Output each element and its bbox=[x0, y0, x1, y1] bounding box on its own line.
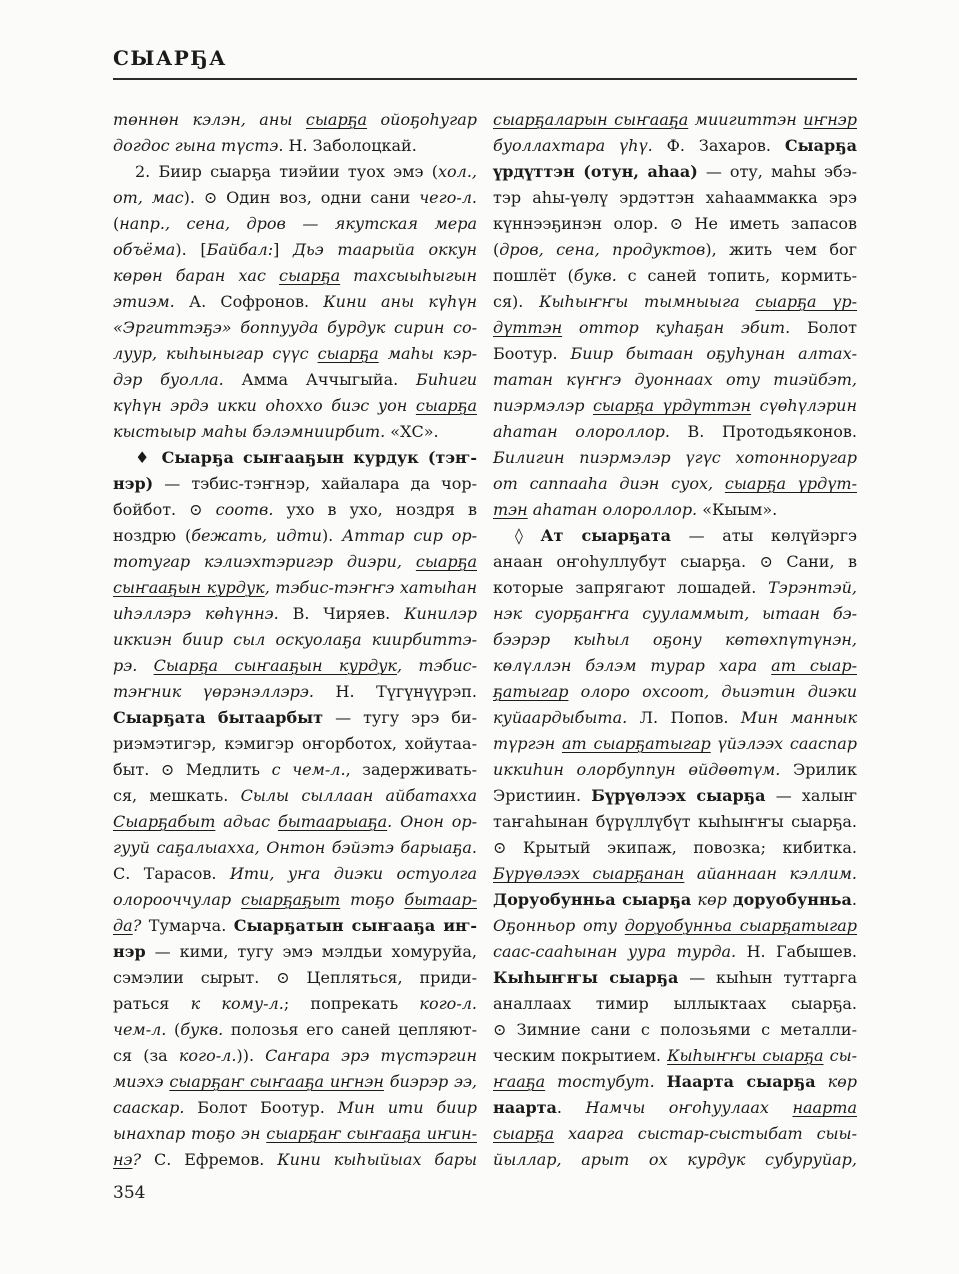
text-line: түргэн ат сыарҕатыгар үйэлээх сааспар bbox=[493, 731, 857, 757]
text-line: Билигин пиэрмэлэр үгүс хотонноругар bbox=[493, 445, 857, 471]
text-line: дүттэн оттор куһаҕан эбит. Болот bbox=[493, 315, 857, 341]
text-line: нэ? С. Ефремов. Кини кыһыйыах бары bbox=[113, 1147, 477, 1173]
text-line: ♦ Сыарҕа сыҥааҕын курдук (тэҥ- bbox=[113, 445, 477, 471]
running-head: СЫАРҔА bbox=[113, 46, 857, 70]
text-line: төннөн кэлэн, аны сыарҕа ойоҕоһугар bbox=[113, 107, 477, 133]
text-line: иккиэн биир сыл оскуолаҕа киирбиттэ- bbox=[113, 627, 477, 653]
text-line: «Эргиттэҕэ» боппууда бурдук сирин со- bbox=[113, 315, 477, 341]
text-line: которые запрягают лошадей. Тэрэнтэй, bbox=[493, 575, 857, 601]
text-line: көрөн баран хас сыарҕа тахсыыһыгын bbox=[113, 263, 477, 289]
text-line: кыстыыр маһы бэлэмниирбит. «ХС». bbox=[113, 419, 477, 445]
text-line: (напр., сена, дров — якутская мера bbox=[113, 211, 477, 237]
text-line: (дров, сена, продуктов), жить чем бог bbox=[493, 237, 857, 263]
text-line: ся). Кыһыҥҥы тымныыга сыарҕа үр- bbox=[493, 289, 857, 315]
text-line: тотугар кэлиэхтэригэр диэри, сыарҕа bbox=[113, 549, 477, 575]
text-line: сыарҕа хаарга сыстар-сыстыбат сыы- bbox=[493, 1121, 857, 1147]
text-line: С. Тарасов. Ити, уҥа диэки остуолга bbox=[113, 861, 477, 887]
text-line: Сыарҕабыт адьас бытаарыаҕа. Онон ор- bbox=[113, 809, 477, 835]
text-line: нэк суорҕаҥҥа сууламмыт, ытаан бэ- bbox=[493, 601, 857, 627]
text-line: нэр) — тэбис-тэҥнэр, хайалара да чор- bbox=[113, 471, 477, 497]
dictionary-page: СЫАРҔА төннөн кэлэн, аны сыарҕа ойоҕоһуг… bbox=[113, 46, 857, 1203]
text-line: бээрэр кыһыл оҕону көтөхпүтүнэн, bbox=[493, 627, 857, 653]
text-line: татан күҥҥэ дуоннаах оту тиэйбэт, bbox=[493, 367, 857, 393]
text-line: куйаардыбыта. Л. Попов. Мин маннык bbox=[493, 705, 857, 731]
text-line: тэр аһы-үөлү эрдэттэн хаһааммакка эрэ bbox=[493, 185, 857, 211]
text-line: ҕатыгар олоро охсоот, дьиэтин диэки bbox=[493, 679, 857, 705]
text-line: Кыһыҥҥы сыарҕа — кыһын туттарга bbox=[493, 965, 857, 991]
text-line: Доруобунньа сыарҕа көр доруобунньа. bbox=[493, 887, 857, 913]
left-column: төннөн кэлэн, аны сыарҕа ойоҕоһугардогдо… bbox=[113, 107, 477, 1173]
text-line: көлүллэн бэлэм турар хара ат сыар- bbox=[493, 653, 857, 679]
text-line: ческим покрытием. Кыһыҥҥы сыарҕа сы- bbox=[493, 1043, 857, 1069]
text-line: ноздрю (бежать, идти). Аттар сир ор- bbox=[113, 523, 477, 549]
text-line: быт. ⊙ Медлить с чем-л., задерживать- bbox=[113, 757, 477, 783]
text-line: наарта. Намчы оҥоһуулаах наарта bbox=[493, 1095, 857, 1121]
text-line: Боотур. Биир бытаан оҕуһунан алтах- bbox=[493, 341, 857, 367]
text-line: ся (за кого-л.)). Саҥара эрэ түстэргин bbox=[113, 1043, 477, 1069]
text-line: Сыарҕата бытаарбыт — тугу эрэ би- bbox=[113, 705, 477, 731]
text-line: от саппааһа диэн суох, сыарҕа үрдүт- bbox=[493, 471, 857, 497]
text-line: рэ. Сыарҕа сыҥааҕын курдук, тэбис- bbox=[113, 653, 477, 679]
text-line: аналлаах тимир ыллыктаах сыарҕа. bbox=[493, 991, 857, 1017]
text-line: гууй саҕалыахха, Онтон бэйэтэ барыаҕа. bbox=[113, 835, 477, 861]
text-line: пиэрмэлэр сыарҕа үрдүттэн сүөһүлэрин bbox=[493, 393, 857, 419]
text-line: таҥаһынан бүрүллүбүт кыһыҥҥы сыарҕа. bbox=[493, 809, 857, 835]
header-rule bbox=[113, 78, 857, 80]
right-column: сыарҕаларын сыҥааҕа миигиттэн иҥнэрбуолл… bbox=[493, 107, 857, 1173]
text-line: дэр буолла. Амма Аччыгыйа. Биһиги bbox=[113, 367, 477, 393]
text-line: ⊙ Зимние сани с полозьями с металли- bbox=[493, 1017, 857, 1043]
text-line: тэн аһатан олороллор. «Кыым». bbox=[493, 497, 857, 523]
text-line: от, мас). ⊙ Один воз, одни сани чего-л. bbox=[113, 185, 477, 211]
text-line: Бүрүөлээх сыарҕанан айаннаан кэллим. bbox=[493, 861, 857, 887]
text-line: ынахпар тоҕо эн сыарҕаҥ сыҥааҕа иҥин- bbox=[113, 1121, 477, 1147]
text-line: риэмэтигэр, кэмигэр оҥорботох, хойутаа- bbox=[113, 731, 477, 757]
text-line: саас-сааһынан уура турда. Н. Габышев. bbox=[493, 939, 857, 965]
text-line: раться к кому-л.; попрекать кого-л. bbox=[113, 991, 477, 1017]
text-line: йыллар, арыт ох курдук субуруйар, bbox=[493, 1147, 857, 1173]
text-line: иккиһин олорбуппун өйдөөтүм. Эрилик bbox=[493, 757, 857, 783]
text-line: нэр — кими, тугу эмэ мэлдьи хомуруйа, bbox=[113, 939, 477, 965]
text-line: 2. Биир сыарҕа тиэйии туох эмэ (хол., bbox=[113, 159, 477, 185]
text-line: күһүн эрдэ икки оһоххо биэс уон сыарҕа bbox=[113, 393, 477, 419]
text-line: сэмэлии сырыт. ⊙ Цепляться, приди- bbox=[113, 965, 477, 991]
text-line: миэхэ сыарҕаҥ сыҥааҕа иҥнэн биэрэр ээ, bbox=[113, 1069, 477, 1095]
text-line: күннээҕинэн олор. ⊙ Не иметь запасов bbox=[493, 211, 857, 237]
text-line: пошлёт (букв. с саней топить, кормить- bbox=[493, 263, 857, 289]
text-line: луур, кыһыныгар сүүс сыарҕа маһы кэр- bbox=[113, 341, 477, 367]
text-line: Эристиин. Бүрүөлээх сыарҕа — халыҥ bbox=[493, 783, 857, 809]
text-line: сааскар. Болот Боотур. Мин ити биир bbox=[113, 1095, 477, 1121]
text-line: да? Тумарча. Сыарҕатын сыҥааҕа иҥ- bbox=[113, 913, 477, 939]
text-line: чем-л. (букв. полозья его саней цепляют- bbox=[113, 1017, 477, 1043]
text-line: анаан оҥоһуллубут сыарҕа. ⊙ Сани, в bbox=[493, 549, 857, 575]
text-line: сыҥааҕын курдук, тэбис-тэҥҥэ хатыһан bbox=[113, 575, 477, 601]
text-line: догдос гына түстэ. Н. Заболоцкай. bbox=[113, 133, 477, 159]
text-columns: төннөн кэлэн, аны сыарҕа ойоҕоһугардогдо… bbox=[113, 107, 857, 1173]
text-line: бойбот. ⊙ соотв. ухо в ухо, ноздря в bbox=[113, 497, 477, 523]
text-line: объёма). [Байбал:] Дьэ таарыйа оккун bbox=[113, 237, 477, 263]
text-line: сыарҕаларын сыҥааҕа миигиттэн иҥнэр bbox=[493, 107, 857, 133]
text-line: иһэллэрэ көһүннэ. В. Чиряев. Кинилэр bbox=[113, 601, 477, 627]
text-line: ся, мешкать. Сылы сыллаан айбатахха bbox=[113, 783, 477, 809]
text-line: ◊ Ат сыарҕата — аты көлүйэргэ bbox=[493, 523, 857, 549]
text-line: ҥааҕа тостубут. Наарта сыарҕа көр bbox=[493, 1069, 857, 1095]
text-line: олорооччулар сыарҕаҕыт тоҕо бытаар- bbox=[113, 887, 477, 913]
text-line: этиэм. А. Софронов. Кини аны күһүн bbox=[113, 289, 477, 315]
text-line: үрдүттэн (отун, аһаа) — оту, маһы эбэ- bbox=[493, 159, 857, 185]
page-number: 354 bbox=[113, 1183, 857, 1203]
text-line: аһатан олороллор. В. Протодьяконов. bbox=[493, 419, 857, 445]
text-line: тэҥник үөрэнэллэрэ. Н. Түгүнүүрэп. bbox=[113, 679, 477, 705]
text-line: ⊙ Крытый экипаж, повозка; кибитка. bbox=[493, 835, 857, 861]
text-line: Оҕонньор оту доруобунньа сыарҕатыгар bbox=[493, 913, 857, 939]
text-line: буоллахтара үһү. Ф. Захаров. Сыарҕа bbox=[493, 133, 857, 159]
